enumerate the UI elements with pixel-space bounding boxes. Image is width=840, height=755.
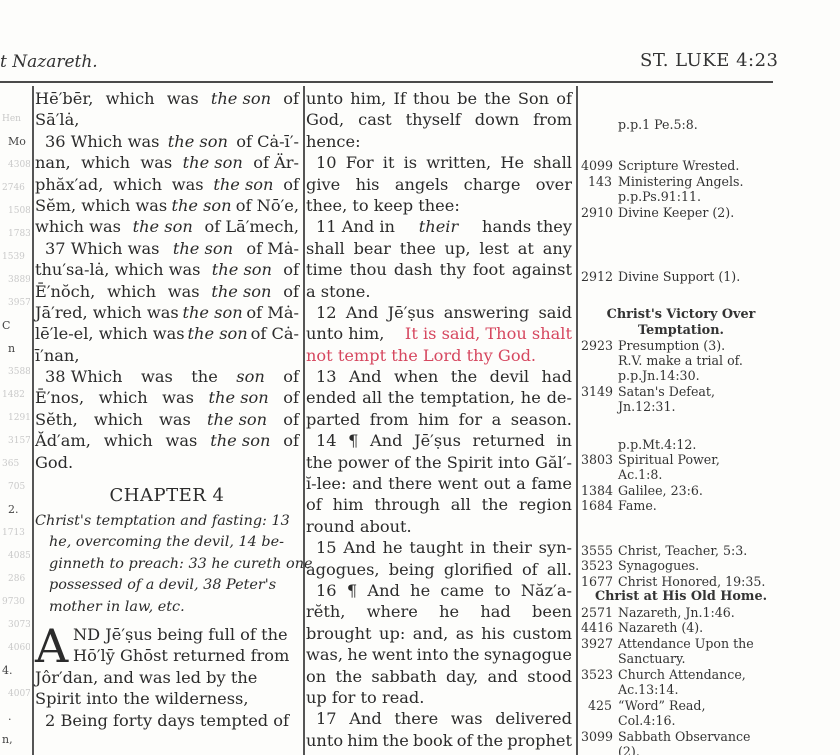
verse-line: onthesabbathday,andstood — [306, 666, 572, 687]
word: stood — [527, 666, 572, 687]
reference-text: p.p.Mt.4:12. — [618, 437, 696, 452]
reference-number: 1384 — [581, 483, 612, 498]
word: up: — [379, 623, 405, 644]
word: And — [349, 366, 381, 387]
word: of — [283, 409, 299, 430]
reference-entry: 3927Attendance Upon the — [581, 636, 754, 651]
reference-text: Synagogues. — [618, 558, 699, 573]
word: region — [519, 494, 572, 515]
reference-text: p.p.Jn.14:30. — [618, 368, 700, 383]
verse-line: 14¶AndJē′ṣusreturnedin — [306, 430, 572, 451]
word: their — [492, 537, 531, 558]
reference-text: Christ, Teacher, 5:3. — [618, 543, 747, 558]
topic-heading: Temptation. — [591, 323, 771, 338]
word: was — [140, 152, 172, 173]
verse-line: Ăd′am,whichwasthe sonof — [35, 430, 299, 451]
margin-fragment: 4308 — [8, 159, 30, 171]
reference-text: Scripture Wrested. — [618, 158, 739, 173]
word: into — [417, 644, 449, 665]
verse-text: thee, to keep thee: — [306, 195, 460, 216]
word: and — [352, 473, 382, 494]
reference-text: Nazareth (4). — [618, 620, 703, 635]
word: ĭ-lee: — [306, 473, 346, 494]
word: which — [104, 430, 153, 451]
reference-number: 2910 — [581, 205, 612, 220]
word: any — [543, 238, 572, 259]
word: of — [283, 366, 299, 387]
word: agogues, — [306, 559, 380, 580]
word: there — [394, 708, 438, 729]
word: shall — [533, 152, 572, 173]
word: delivered — [495, 708, 572, 729]
word: And — [370, 430, 402, 451]
margin-fragment: 4060 — [8, 642, 30, 654]
margin-fragment: 2746 — [2, 182, 25, 194]
word: the — [415, 452, 442, 473]
word: which — [113, 174, 162, 195]
reference-text: Galilee, 23:6. — [618, 483, 703, 498]
word: the son — [211, 88, 271, 109]
word: unto — [306, 730, 343, 751]
genealogy-verses: Hē′bēr,whichwasthe sonofSā′lȧ,36 Which w… — [35, 88, 299, 473]
summary-line: Christ's temptation and fasting: 13 — [35, 511, 299, 532]
word: him, — [350, 88, 386, 109]
word: of — [283, 430, 299, 451]
word: of — [283, 387, 299, 408]
verse-line: Ē′nŏch,whichwasthe sonof — [35, 281, 299, 302]
margin-fragment: 3588 — [8, 366, 30, 378]
word: on — [306, 666, 326, 687]
word: 16 — [316, 580, 337, 601]
reference-number — [581, 437, 612, 452]
word: he — [383, 537, 403, 558]
word: the son — [211, 281, 271, 302]
verse-line: untohimthebookoftheprophet — [306, 730, 572, 751]
left-margin-bleedthrough: HenMo4308274615081783153938893957Cn35881… — [0, 85, 30, 755]
word: which — [94, 409, 143, 430]
word: which — [99, 387, 148, 408]
reference-number — [581, 399, 612, 414]
verse-text: 11 And in — [316, 216, 395, 237]
word: bear — [354, 238, 391, 259]
word: son — [236, 366, 264, 387]
verse-text: up for to read. — [306, 687, 424, 708]
verse-line: shallbeartheeup,lestatany — [306, 238, 572, 259]
word: the son — [210, 430, 270, 451]
word: Hē′bēr, — [35, 88, 93, 109]
word: thee — [400, 238, 436, 259]
reference-number: 2571 — [581, 605, 612, 620]
word: prophet — [507, 730, 572, 751]
reference-text: Spiritual Power, — [618, 452, 720, 467]
margin-fragment: 4. — [2, 665, 13, 677]
reference-entry: 425“Word” Read, — [581, 698, 706, 713]
word: shall — [306, 238, 345, 259]
verse-line: Sā′lȧ, — [35, 109, 299, 130]
word: said — [538, 302, 572, 323]
word: the son — [133, 216, 193, 237]
word: ¶ — [348, 430, 358, 451]
word: 13 — [316, 366, 337, 387]
word: was — [167, 88, 199, 109]
word: Năz′a- — [521, 580, 572, 601]
verse-line: untohim,IfthoubetheSonof — [306, 88, 572, 109]
word: charge — [464, 174, 521, 195]
word: ended — [306, 387, 356, 408]
word: Sā′lȧ, — [35, 109, 79, 130]
reference-text: Church Attendance, — [618, 667, 746, 682]
word: Son — [518, 88, 549, 109]
word: the — [477, 730, 504, 751]
reference-entry: 2923Presumption (3). — [581, 338, 725, 353]
word: of — [283, 281, 299, 302]
word: up, — [445, 238, 471, 259]
word: God, — [306, 109, 344, 130]
reference-number — [581, 682, 612, 697]
verse-line: Hē′bēr,whichwasthe sonof — [35, 88, 299, 109]
verse-line: a stone. — [306, 281, 572, 302]
verse-line: God,castthyselfdownfrom — [306, 109, 572, 130]
word: the — [451, 366, 478, 387]
word: 37 Which was — [45, 238, 159, 259]
reference-text: R.V. make a trial of. — [618, 353, 743, 368]
reference-text: Sanctuary. — [618, 651, 685, 666]
word: the — [388, 387, 415, 408]
reference-text: “Word” Read, — [618, 698, 706, 713]
word: cast — [358, 109, 392, 130]
verse-line: 38 Whichwasthesonof — [35, 366, 299, 387]
word: went — [372, 644, 412, 665]
text-column-1: Hē′bēr,whichwasthe sonofSā′lȧ,36 Which w… — [35, 88, 299, 731]
reference-text: Nazareth, Jn.1:46. — [618, 605, 735, 620]
word: Jē′ṣus — [388, 302, 435, 323]
word: was — [166, 430, 198, 451]
reference-entry: Ac.13:14. — [581, 682, 678, 697]
word: of Cȧ-ī′- — [236, 131, 299, 152]
reference-number: 2912 — [581, 269, 612, 284]
word: thyself — [406, 109, 461, 130]
word: sabbath — [371, 666, 436, 687]
word: time — [306, 259, 343, 280]
verse-line: Sĕth,whichwasthe sonof — [35, 409, 299, 430]
reference-number: 3099 — [581, 729, 612, 744]
word: the son — [183, 152, 243, 173]
word: of Nō′e, — [236, 195, 299, 216]
margin-fragment: 1482 — [2, 389, 25, 401]
word: was — [451, 708, 483, 729]
word: of Är- — [253, 152, 299, 173]
word: 17 — [316, 708, 337, 729]
reference-number: 1677 — [581, 574, 612, 589]
reference-text: Sabbath Observance — [618, 729, 751, 744]
verse-text: a stone. — [306, 281, 371, 302]
word: thu′sa-lȧ, which was — [35, 259, 201, 280]
word: is — [404, 152, 417, 173]
reference-number: 3523 — [581, 667, 612, 682]
word: him — [418, 409, 449, 430]
word: of — [283, 259, 299, 280]
reference-number — [581, 353, 612, 368]
verse-1-line: ND Jē′ṣus being full of the — [35, 624, 299, 645]
reference-entry: 1384Galilee, 23:6. — [581, 483, 703, 498]
word: was, — [306, 644, 343, 665]
reference-entry: R.V. make a trial of. — [581, 353, 743, 368]
verse-2-text: 2 Being forty days tempted of — [45, 710, 289, 731]
word: his — [481, 623, 505, 644]
word: Ăd′am, — [35, 430, 91, 451]
word: of — [522, 559, 538, 580]
reference-entry: 4099Scripture Wrested. — [581, 158, 739, 173]
verse-line: up for to read. — [306, 687, 572, 708]
words-of-christ: It is said, Thou shalt — [396, 323, 572, 344]
reference-number — [581, 744, 612, 755]
margin-fragment: 9730 — [2, 596, 25, 608]
reference-text: Col.4:16. — [618, 713, 676, 728]
word: 15 — [316, 537, 337, 558]
reference-number — [581, 467, 612, 482]
word: And — [343, 537, 375, 558]
reference-entry: p.p.Ps.91:11. — [581, 189, 701, 204]
reference-entry: 2571Nazareth, Jn.1:46. — [581, 605, 735, 620]
text-column-2: untohim,IfthoubetheSonofGod,castthyselfd… — [306, 88, 572, 751]
word: unto — [306, 88, 343, 109]
word: Găl′- — [535, 452, 572, 473]
summary-line: mother in law, etc. — [35, 597, 299, 618]
reference-number: 4416 — [581, 620, 612, 635]
word: He — [500, 152, 524, 173]
word: Jā′red, which was — [35, 302, 179, 323]
reference-number — [581, 651, 612, 666]
reference-number: 425 — [581, 698, 612, 713]
verse-line: not tempt the Lord thy God. — [306, 345, 572, 366]
word: of Mȧ- — [246, 238, 299, 259]
margin-fragment: 2. — [8, 504, 19, 516]
word: him — [333, 494, 364, 515]
reference-text: Jn.12:31. — [618, 399, 675, 414]
word: was — [159, 409, 191, 430]
word: foot — [473, 259, 505, 280]
margin-fragment: Mo — [8, 136, 26, 148]
word: temptation, — [420, 387, 515, 408]
word: thou — [350, 259, 387, 280]
word: Sĕth, — [35, 409, 78, 430]
word: when — [394, 366, 438, 387]
reference-number: 1684 — [581, 498, 612, 513]
reference-number: 3149 — [581, 384, 612, 399]
word: dash — [394, 259, 433, 280]
word: and — [487, 666, 517, 687]
word: the — [336, 666, 363, 687]
reference-entry: Col.4:16. — [581, 713, 676, 728]
column-divider-middle — [303, 86, 305, 755]
word: the — [191, 366, 218, 387]
word: glorified — [444, 559, 513, 580]
reference-number: 3803 — [581, 452, 612, 467]
word: parted — [306, 409, 360, 430]
word: into — [498, 452, 530, 473]
word: against — [512, 259, 572, 280]
reference-number — [581, 117, 612, 132]
verse-line: broughtup:and,ashiscustom — [306, 623, 572, 644]
verse-line: ofhimthroughalltheregion — [306, 494, 572, 515]
reference-number: 4099 — [581, 158, 612, 173]
word: lē′le-el, which was — [35, 323, 185, 344]
topic-heading: Christ at His Old Home. — [591, 589, 771, 604]
margin-fragment: 1291 — [8, 412, 30, 424]
reference-entry: p.p.Mt.4:12. — [581, 437, 696, 452]
word: the son — [188, 323, 248, 344]
verse-line: 12AndJē′ṣusansweringsaid — [306, 302, 572, 323]
word: out — [484, 473, 511, 494]
word: answering — [444, 302, 530, 323]
word: being — [389, 559, 435, 580]
reference-text: Ac.13:14. — [618, 682, 678, 697]
verse-text: unto him, — [306, 323, 384, 344]
reference-number: 3555 — [581, 543, 612, 558]
word: the — [306, 452, 333, 473]
word: Sĕm, which was — [35, 195, 167, 216]
word: day, — [446, 666, 478, 687]
verse-line: thepoweroftheSpiritintoGăl′- — [306, 452, 572, 473]
word: of — [394, 452, 410, 473]
reference-number: 3927 — [581, 636, 612, 651]
word: had — [480, 601, 510, 622]
word: For — [346, 152, 374, 173]
margin-fragment: 3957 — [8, 297, 30, 309]
word: the son — [209, 387, 269, 408]
word: Jē′ṣus — [414, 430, 461, 451]
chapter-heading: CHAPTER 4 — [35, 481, 299, 511]
chapter-summary: Christ's temptation and fasting: 13he, o… — [35, 511, 299, 618]
margin-fragment: 1539 — [2, 251, 25, 263]
word: God. — [35, 452, 73, 473]
word: from — [370, 409, 409, 430]
verse-line: rĕth,wherehehadbeen — [306, 601, 572, 622]
verse-line: 13Andwhenthedevilhad — [306, 366, 572, 387]
word: of — [283, 88, 299, 109]
verse-line: unto him,It is said, Thou shalt — [306, 323, 572, 344]
word: a — [492, 409, 502, 430]
reference-entry: p.p.Jn.14:30. — [581, 368, 700, 383]
verse-1-line: Jôr′dan, and was led by the — [35, 667, 299, 688]
verse-line: 17Andtherewasdelivered — [306, 708, 572, 729]
word: power — [338, 452, 389, 473]
word: rĕth, — [306, 601, 345, 622]
word: the son — [212, 259, 272, 280]
verse-text: round about. — [306, 516, 412, 537]
word: all. — [547, 559, 572, 580]
word: from — [533, 109, 572, 130]
word: of — [556, 88, 572, 109]
reference-text: Ac.1:8. — [618, 467, 662, 482]
word: for — [459, 409, 482, 430]
word: was — [141, 366, 173, 387]
verse-line: which wasthe sonof Lā′mech, — [35, 216, 299, 237]
word: the son — [171, 195, 231, 216]
margin-fragment: 4085 — [8, 550, 30, 562]
reference-entry: 4416Nazareth (4). — [581, 620, 703, 635]
word: in — [556, 430, 572, 451]
drop-cap: A — [35, 626, 68, 666]
word: it — [383, 152, 395, 173]
reference-number: 2923 — [581, 338, 612, 353]
word: thy — [440, 259, 466, 280]
reference-text: p.p.Ps.91:11. — [618, 189, 701, 204]
word: he — [410, 580, 430, 601]
word: Spirit — [447, 452, 493, 473]
verse-line: Jā′red, which wasthe sonof Mȧ- — [35, 302, 299, 323]
italic-word: their — [419, 216, 458, 237]
word: the — [382, 730, 409, 751]
verse-line: timethoudashthyfootagainst — [306, 259, 572, 280]
word: syn- — [539, 537, 572, 558]
header-rule — [0, 81, 773, 83]
verse-line: 10Foritiswritten,Heshall — [306, 152, 572, 173]
words-of-christ: not tempt the Lord thy God. — [306, 345, 536, 366]
verse-line: ĭ-lee:andtherewentoutafame — [306, 473, 572, 494]
summary-line: he, overcoming the devil, 14 be- — [35, 532, 299, 553]
word: of — [457, 730, 473, 751]
word: at — [518, 238, 534, 259]
verse-line: round about. — [306, 516, 572, 537]
topic-heading: Christ's Victory Over — [591, 307, 771, 322]
word: of — [283, 174, 299, 195]
word: was — [162, 387, 194, 408]
word: phăx′ad, — [35, 174, 103, 195]
verse-line: agogues,beingglorifiedofall. — [306, 559, 572, 580]
word: of Cȧ- — [251, 323, 299, 344]
word: in — [470, 537, 486, 558]
word: Ē′nŏch, — [35, 281, 95, 302]
word: Ē′nos, — [35, 387, 84, 408]
word: he — [439, 601, 459, 622]
margin-fragment: Hen — [2, 113, 21, 125]
verse-1: A ND Jē′ṣus being full of theHō′lȳ Ghōst… — [35, 624, 299, 710]
word: written, — [426, 152, 491, 173]
word: thou — [413, 88, 450, 109]
verse-2: 2 Being forty days tempted of — [35, 710, 299, 731]
reference-entry: Jn.12:31. — [581, 399, 675, 414]
word: the — [482, 494, 509, 515]
word: him — [347, 730, 378, 751]
margin-fragment: 365 — [2, 458, 19, 470]
reference-number — [581, 368, 612, 383]
reference-entry: 2912Divine Support (1). — [581, 269, 740, 284]
word: the son — [173, 238, 233, 259]
margin-fragment: 286 — [8, 573, 25, 585]
word: ī′nan, — [35, 345, 80, 366]
word: season. — [511, 409, 572, 430]
word: the son — [182, 302, 242, 323]
reference-entry: 1684Fame. — [581, 498, 657, 513]
reference-entry: 3523Church Attendance, — [581, 667, 746, 682]
word: taught — [409, 537, 463, 558]
word: synagogue — [484, 644, 572, 665]
reference-entry: 1677Christ Honored, 19:35. — [581, 574, 765, 589]
word: went — [438, 473, 478, 494]
word: ¶ — [347, 580, 357, 601]
word: the — [453, 644, 480, 665]
word: the — [484, 88, 511, 109]
word: devil — [490, 366, 529, 387]
verse-line: Sĕm, which wasthe sonof Nō′e, — [35, 195, 299, 216]
verse-line: partedfromhimforaseason. — [306, 409, 572, 430]
reference-number — [581, 713, 612, 728]
word: book — [413, 730, 453, 751]
reference-entry: 3803Spiritual Power, — [581, 452, 720, 467]
word: the son — [213, 174, 273, 195]
reference-text: Ministering Angels. — [618, 174, 743, 189]
